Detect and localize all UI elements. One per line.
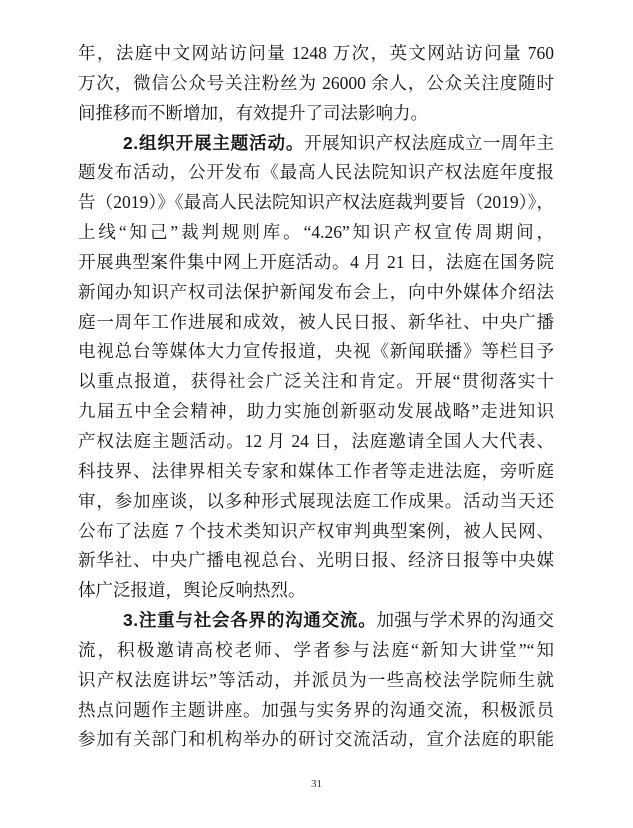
line-text: 新华社、中央广播电视总台、光明日报、经济日报等中央媒 [78, 550, 554, 570]
line-text: 庭一周年工作进展和成效，被人民日报、新华社、中央广播 [78, 312, 554, 332]
line-text: 年，法庭中文网站访问量 1248 万次，英文网站访问量 760 [78, 43, 554, 63]
line-text: 告（2019）》《最高人民法院知识产权法庭裁判要旨（2019）》， [78, 192, 554, 212]
text-line: 新华社、中央广播电视总台、光明日报、经济日报等中央媒 [78, 546, 554, 576]
line-text: 产权法庭主题活动。12 月 24 日，法庭邀请全国人大代表、 [78, 431, 554, 451]
line-text: 热点问题作主题讲座。加强与实务界的沟通交流，积极派员 [78, 700, 554, 720]
text-line: 科技界、法律界相关专家和媒体工作者等走进法庭，旁听庭 [78, 457, 554, 487]
text-line: 参加有关部门和机构举办的研讨交流活动，宣介法庭的职能 [78, 725, 554, 755]
text-line: 热点问题作主题讲座。加强与实务界的沟通交流，积极派员 [78, 696, 554, 726]
text-line: 以重点报道，获得社会广泛关注和肯定。开展“贯彻落实十 [78, 367, 554, 397]
line-text: 加强与学术界的沟通交 [377, 610, 555, 630]
text-line: 公布了法庭 7 个技术类知识产权审判典型案例，被人民网、 [78, 517, 554, 547]
line-text: 参加有关部门和机构举办的研讨交流活动，宣介法庭的职能 [78, 729, 554, 749]
document-page: 年，法庭中文网站访问量 1248 万次，英文网站访问量 760万次，微信公众号关… [0, 0, 633, 828]
text-line: 审，参加座谈，以多种形式展现法庭工作成果。活动当天还 [78, 487, 554, 517]
line-text: 新闻办知识产权司法保护新闻发布会上，向中外媒体介绍法 [78, 282, 554, 302]
text-line: 开展典型案件集中网上开庭活动。4 月 21 日，法庭在国务院 [78, 248, 554, 278]
text-line: 流，积极邀请高校老师、学者参与法庭“新知大讲堂”“知 [78, 636, 554, 666]
page-number: 31 [0, 778, 633, 790]
line-text: 流，积极邀请高校老师、学者参与法庭“新知大讲堂”“知 [78, 640, 554, 660]
line-text: 上线“知己”裁判规则库。“4.26”知识产权宣传周期间， [78, 222, 554, 242]
paragraph-heading: 2.组织开展主题活动。 [123, 133, 304, 153]
text-line: 识产权法庭讲坛”等活动，并派员为一些高校法学院师生就 [78, 666, 554, 696]
text-block: 年，法庭中文网站访问量 1248 万次，英文网站访问量 760万次，微信公众号关… [78, 39, 554, 755]
text-line: 庭一周年工作进展和成效，被人民日报、新华社、中央广播 [78, 308, 554, 338]
line-text: 开展典型案件集中网上开庭活动。4 月 21 日，法庭在国务院 [78, 252, 554, 272]
line-text: 间推移而不断增加，有效提升了司法影响力。 [78, 103, 428, 123]
text-line: 新闻办知识产权司法保护新闻发布会上，向中外媒体介绍法 [78, 278, 554, 308]
paragraph-heading: 3.注重与社会各界的沟通交流。 [123, 610, 377, 630]
line-text: 万次，微信公众号关注粉丝为 26000 余人，公众关注度随时 [78, 73, 554, 93]
text-line: 万次，微信公众号关注粉丝为 26000 余人，公众关注度随时 [78, 69, 554, 99]
text-line: 电视总台等媒体大力宣传报道，央视《新闻联播》等栏目予 [78, 337, 554, 367]
line-text: 公布了法庭 7 个技术类知识产权审判典型案例，被人民网、 [78, 521, 554, 541]
line-text: 审，参加座谈，以多种形式展现法庭工作成果。活动当天还 [78, 491, 554, 511]
text-line: 告（2019）》《最高人民法院知识产权法庭裁判要旨（2019）》， [78, 188, 554, 218]
line-text: 开展知识产权法庭成立一周年主 [304, 133, 554, 153]
text-line: 九届五中全会精神，助力实施创新驱动发展战略”走进知识 [78, 397, 554, 427]
text-line: 题发布活动，公开发布《最高人民法院知识产权法庭年度报 [78, 158, 554, 188]
line-text: 识产权法庭讲坛”等活动，并派员为一些高校法学院师生就 [78, 670, 554, 690]
text-line: 年，法庭中文网站访问量 1248 万次，英文网站访问量 760 [78, 39, 554, 69]
text-line: 间推移而不断增加，有效提升了司法影响力。 [78, 99, 554, 129]
text-line: 上线“知己”裁判规则库。“4.26”知识产权宣传周期间， [78, 218, 554, 248]
line-text: 电视总台等媒体大力宣传报道，央视《新闻联播》等栏目予 [78, 341, 554, 361]
text-line: 产权法庭主题活动。12 月 24 日，法庭邀请全国人大代表、 [78, 427, 554, 457]
text-line: 2.组织开展主题活动。开展知识产权法庭成立一周年主 [78, 129, 554, 159]
line-text: 以重点报道，获得社会广泛关注和肯定。开展“贯彻落实十 [78, 371, 554, 391]
line-text: 科技界、法律界相关专家和媒体工作者等走进法庭，旁听庭 [78, 461, 554, 481]
line-text: 体广泛报道，舆论反响热烈。 [78, 580, 306, 600]
text-line: 体广泛报道，舆论反响热烈。 [78, 576, 554, 606]
line-text: 九届五中全会精神，助力实施创新驱动发展战略”走进知识 [78, 401, 554, 421]
text-line: 3.注重与社会各界的沟通交流。加强与学术界的沟通交 [78, 606, 554, 636]
line-text: 题发布活动，公开发布《最高人民法院知识产权法庭年度报 [78, 162, 554, 182]
